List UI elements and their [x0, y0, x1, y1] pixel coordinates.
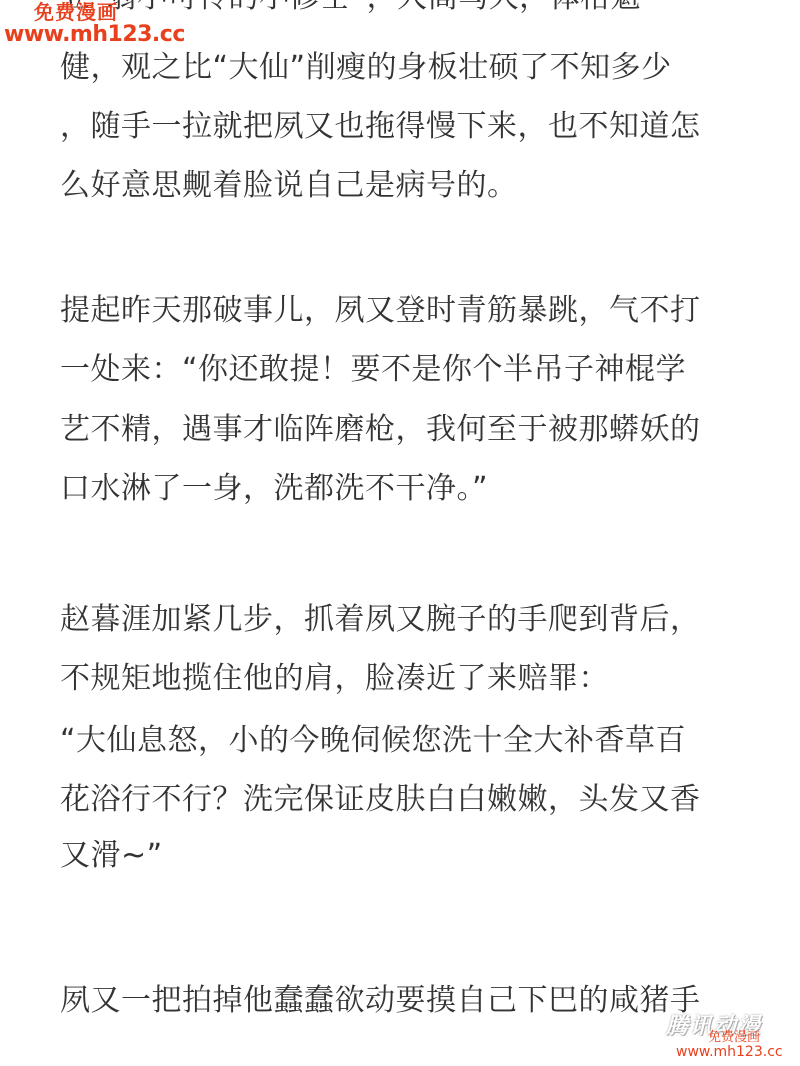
- document-page: 免费漫画 www.mh123.cc 立“翁小可怜的小修士”，人高马大，体格魁 健…: [0, 0, 800, 1066]
- text-line: 么好意思觍着脸说自己是病号的。: [60, 166, 760, 206]
- watermark-bottom-url: www.mh123.cc: [676, 1044, 783, 1060]
- text-line: 赵暮涯加紧几步，抓着夙又腕子的手爬到背后，: [60, 600, 760, 640]
- text-line: 提起昨天那破事儿，夙又登时青筋暴跳，气不打: [60, 291, 760, 331]
- watermark-bottom: 腾讯动漫 免费漫画 www.mh123.cc: [646, 1006, 796, 1064]
- text-line: 不规矩地揽住他的肩，脸凑近了来赔罪：: [60, 659, 760, 699]
- text-line: ，随手一拉就把夙又也拖得慢下来，也不知道怎: [60, 107, 760, 147]
- text-line: 一处来：“你还敢提！要不是你个半吊子神棍学: [60, 350, 760, 390]
- text-line: 口水淋了一身，洗都洗不干净。”: [60, 469, 760, 509]
- text-line: “大仙息怒，小的今晚伺候您洗十全大补香草百: [60, 721, 760, 761]
- text-line: 花浴行不行？洗完保证皮肤白白嫩嫩，头发又香: [60, 780, 760, 820]
- text-line: 艺不精，遇事才临阵磨枪，我何至于被那蟒妖的: [60, 410, 760, 450]
- text-line: 又滑~”: [60, 836, 760, 876]
- watermark-top-url: www.mh123.cc: [4, 24, 185, 46]
- watermark-top: 免费漫画 www.mh123.cc: [4, 0, 185, 46]
- text-line: 健，观之比“大仙”削瘦的身板壮硕了不知多少: [60, 48, 760, 88]
- watermark-top-label: 免费漫画: [4, 0, 185, 24]
